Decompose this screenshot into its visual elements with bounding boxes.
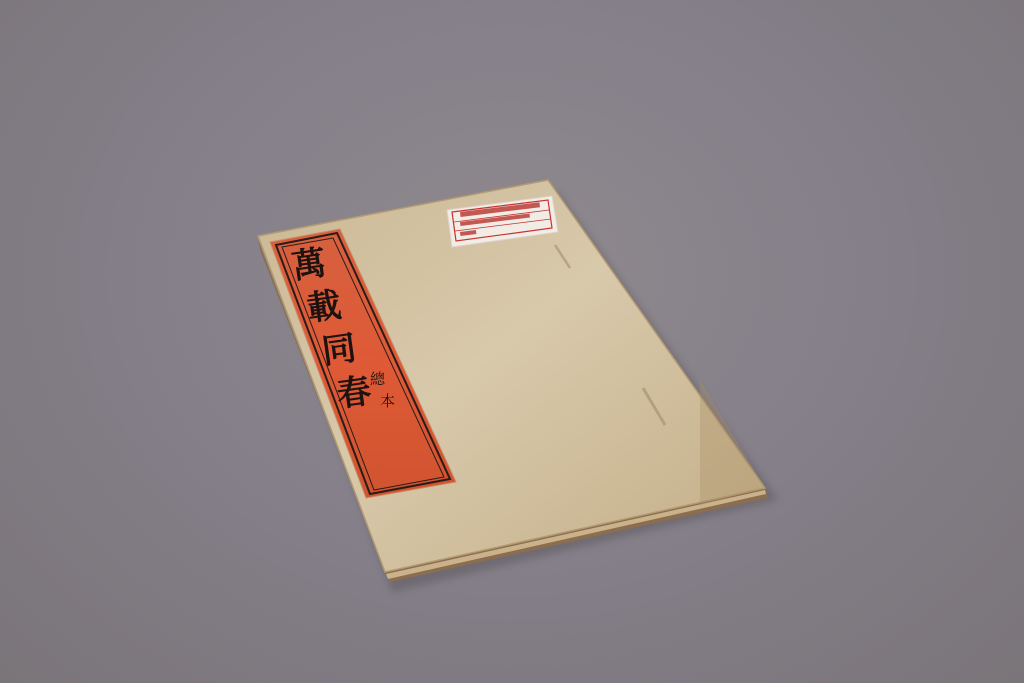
title-char: 同 <box>319 328 358 372</box>
subtitle-char: 總 <box>370 370 386 388</box>
subtitle-char: 本 <box>380 392 395 410</box>
photo-scene: 萬 載 同 春 總 本 <box>0 0 1024 683</box>
title-char: 春 <box>334 371 373 415</box>
title-char: 萬 <box>289 243 328 287</box>
cover-wear <box>700 380 765 505</box>
title-char: 載 <box>304 285 343 329</box>
